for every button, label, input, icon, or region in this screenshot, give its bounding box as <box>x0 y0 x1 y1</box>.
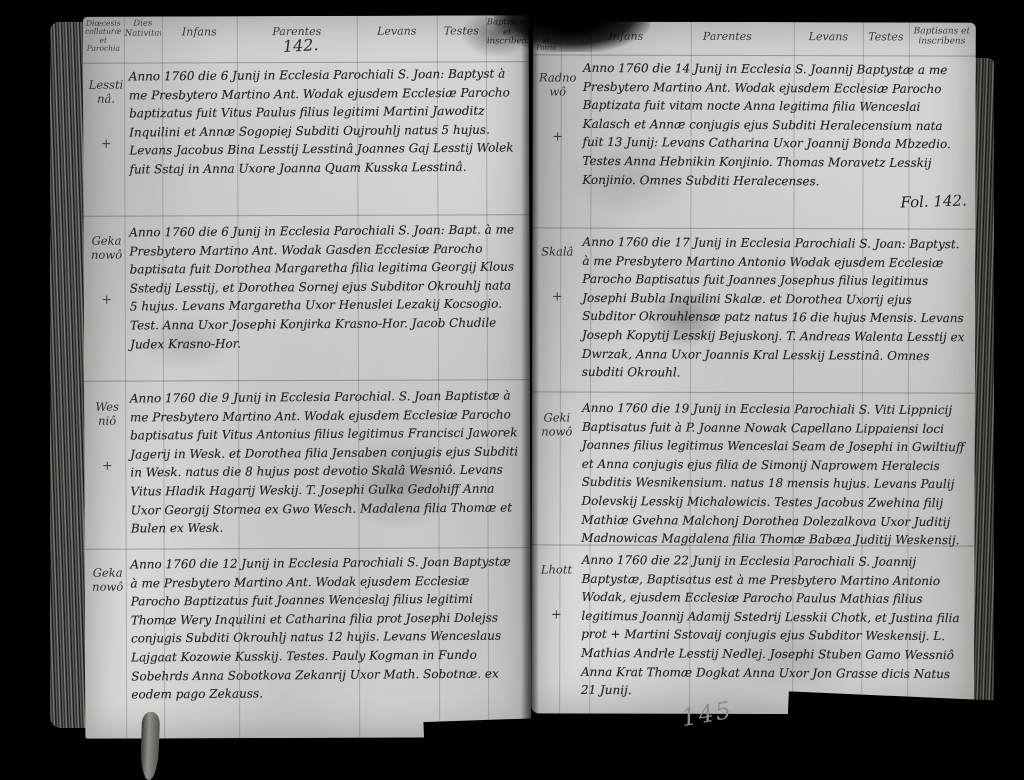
place-label: Geka nowô <box>85 555 131 595</box>
place-label: Geka nowô <box>83 223 129 263</box>
entry-margin: Geki nowô <box>532 399 582 469</box>
gutter-top-shadow <box>494 0 650 52</box>
book-clasp-strap <box>140 712 160 780</box>
baptism-entry: Skalâ + Anno 1760 die 17 Junij in Eccles… <box>532 233 971 383</box>
register-right-page: Diœcesis collaturæ et Patria Dies Nativi… <box>531 21 976 714</box>
pencil-page-number: 145 <box>679 696 735 732</box>
entry-text: Anno 1760 die 17 Junij in Ecclesia Paroc… <box>582 233 972 384</box>
entry-margin: Skalâ + <box>532 233 582 304</box>
cross-mark: + <box>532 289 582 304</box>
column-header-baptisans: Baptisans et inscribens <box>910 26 974 46</box>
place-label: Lessti nâ. <box>83 67 129 107</box>
place-label: Skalâ <box>532 233 582 259</box>
baptism-entry: Radno wô + Anno 1760 die 14 Junij in Ecc… <box>532 59 971 190</box>
cross-mark: + <box>84 458 130 473</box>
entry-text: Anno 1760 die 9 Junij in Ecclesia Paroch… <box>130 386 527 538</box>
column-header-infans: Infans <box>163 26 236 39</box>
column-header-levans: Levans <box>795 31 862 43</box>
entry-margin: Radno wô + <box>533 59 583 144</box>
register-left-page: Diœcesis collaturæ et Parochia Dies Nati… <box>83 15 532 739</box>
book-page-edges-left <box>50 22 86 728</box>
entry-text: Anno 1760 die 14 Junij in Ecclesia S. Jo… <box>582 59 972 192</box>
cross-mark: + <box>84 292 130 307</box>
entry-text: Anno 1760 die 19 Junij in Ecclesia Paroc… <box>581 399 971 550</box>
baptism-entry: Geka nowô Anno 1760 die 12 Junij in Eccl… <box>85 553 528 703</box>
place-label: Radno wô <box>533 59 583 99</box>
page-number-142: 142. <box>282 35 319 56</box>
cross-mark: + <box>533 129 583 144</box>
folio-label: Fol. 142. <box>900 191 967 211</box>
entry-margin: Wes niô + <box>84 389 130 474</box>
baptism-entry: Lessti nâ. + Anno 1760 die 6 Junij in Ec… <box>83 65 525 178</box>
entry-text: Anno 1760 die 6 Junij in Ecclesia Paroch… <box>129 220 526 353</box>
entry-separator <box>85 547 531 550</box>
header-rule <box>533 54 976 56</box>
entry-text: Anno 1760 die 12 Junij in Ecclesia Paroc… <box>130 552 527 704</box>
place-label: Geki nowô <box>532 399 582 439</box>
entry-text: Anno 1760 die 22 Junij in Ecclesia Paroc… <box>581 551 971 702</box>
column-header-diocese: Diœcesis collaturæ et Parochia <box>84 20 123 54</box>
baptism-entry: Wes niô + Anno 1760 die 9 Junij in Eccle… <box>84 387 527 537</box>
entry-margin: Geka nowô + <box>83 223 129 308</box>
entry-margin: Geka nowô <box>85 555 131 625</box>
column-header-testes: Testes <box>438 25 485 37</box>
entry-separator <box>532 227 975 229</box>
entry-text: Anno 1760 die 6 Junij in Ecclesia Paroch… <box>129 64 526 179</box>
baptism-entry: Geka nowô + Anno 1760 die 6 Junij in Ecc… <box>83 221 525 353</box>
entry-separator <box>83 214 529 217</box>
page-bottom-shadow <box>423 718 548 756</box>
book-gutter-shadow <box>521 14 539 742</box>
entry-separator <box>532 391 975 393</box>
place-label: Wes niô <box>84 389 130 429</box>
cross-mark: + <box>83 136 129 151</box>
column-header-levans: Levans <box>358 26 436 39</box>
column-header-dies-nativitatis: Dies Nativitatis <box>125 20 161 39</box>
column-header-parentes: Parentes <box>662 31 793 44</box>
baptism-entry: Geki nowô Anno 1760 die 19 Junij in Eccl… <box>532 399 971 549</box>
column-header-testes: Testes <box>864 31 908 43</box>
baptism-entry: Lhott + Anno 1760 die 22 Junij in Eccles… <box>531 551 970 701</box>
entry-margin: Lessti nâ. + <box>83 67 129 152</box>
header-rule <box>83 61 529 64</box>
entry-separator <box>84 379 530 382</box>
